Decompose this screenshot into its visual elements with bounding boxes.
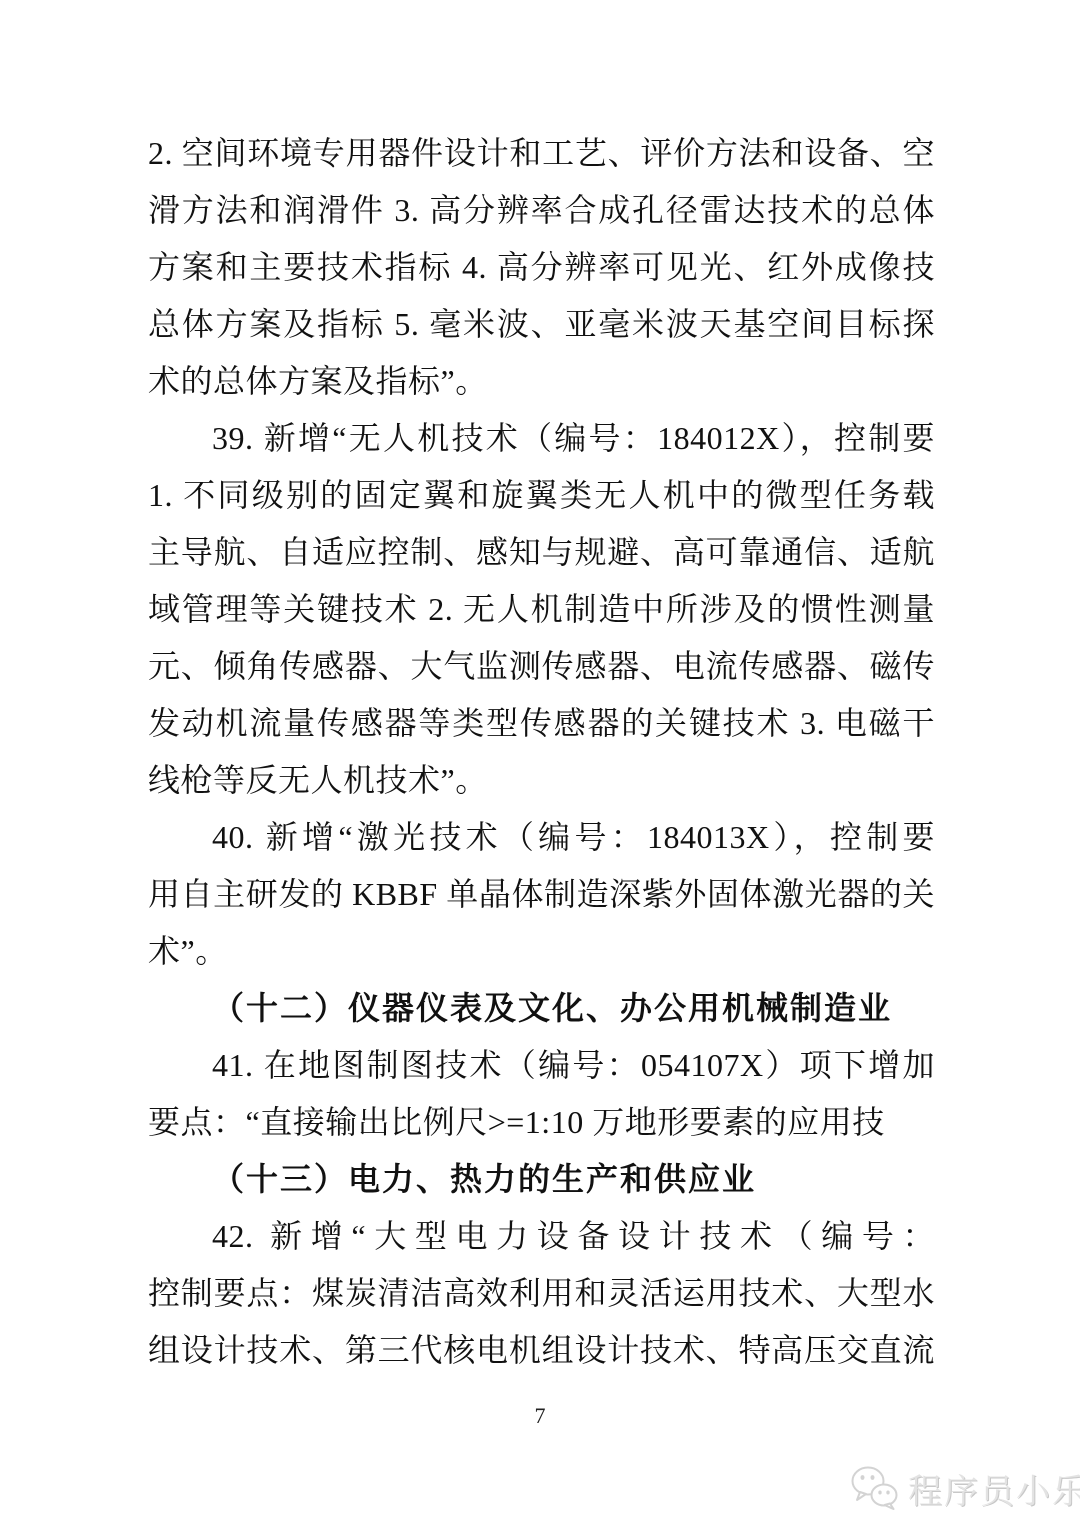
text-line: 41. 在地图制图技术（编号：054107X）项下增加控制 (148, 1037, 935, 1094)
section-heading: （十三）电力、热力的生产和供应业 (148, 1151, 935, 1208)
document-page: 2. 空间环境专用器件设计和工艺、评价方法和设备、空间润滑方法和润滑件 3. 高… (0, 0, 1080, 1538)
text-line: 2. 空间环境专用器件设计和工艺、评价方法和设备、空间润 (148, 125, 935, 182)
text-line: 主导航、自适应控制、感知与规避、高可靠通信、适航及空 (148, 524, 935, 581)
text-line: 术的总体方案及指标”。 (148, 353, 935, 410)
text-line: 域管理等关键技术 2. 无人机制造中所涉及的惯性测量单 (148, 581, 935, 638)
document-body: 2. 空间环境专用器件设计和工艺、评价方法和设备、空间润滑方法和润滑件 3. 高… (148, 125, 935, 1379)
text-line: 42. 新增“大型电力设备设计技术（编号：184401X）， (148, 1208, 935, 1265)
text-line: 控制要点：煤炭清洁高效利用和灵活运用技术、大型水电机 (148, 1265, 935, 1322)
text-line: 用自主研发的 KBBF 单晶体制造深紫外固体激光器的关键技 (148, 866, 935, 923)
text-line: 组设计技术、第三代核电机组设计技术、特高压交直流输变 (148, 1322, 935, 1379)
text-line: 滑方法和润滑件 3. 高分辨率合成孔径雷达技术的总体技术 (148, 182, 935, 239)
text-line: 要点：“直接输出比例尺>=1:10 万地形要素的应用技术”。 (148, 1094, 935, 1151)
wechat-icon (850, 1466, 900, 1512)
text-line: 总体方案及指标 5. 毫米波、亚毫米波天基空间目标探测技 (148, 296, 935, 353)
text-line: 39. 新增“无人机技术（编号：184012X），控制要点： (148, 410, 935, 467)
text-line: 线枪等反无人机技术”。 (148, 752, 935, 809)
page-number: 7 (0, 1403, 1080, 1429)
text-line: 元、倾角传感器、大气监测传感器、电流传感器、磁传感器、 (148, 638, 935, 695)
text-line: 发动机流量传感器等类型传感器的关键技术 3. 电磁干扰射 (148, 695, 935, 752)
text-line: 术”。 (148, 923, 935, 980)
section-heading: （十二）仪器仪表及文化、办公用机械制造业 (148, 980, 935, 1037)
watermark-label: 程序员小乐 (908, 1464, 1080, 1513)
watermark: 程序员小乐 (850, 1464, 1080, 1513)
text-line: 40. 新增“激光技术（编号：184013X），控制要点：利 (148, 809, 935, 866)
text-line: 1. 不同级别的固定翼和旋翼类无人机中的微型任务载荷，自 (148, 467, 935, 524)
text-line: 方案和主要技术指标 4. 高分辨率可见光、红外成像技术的 (148, 239, 935, 296)
